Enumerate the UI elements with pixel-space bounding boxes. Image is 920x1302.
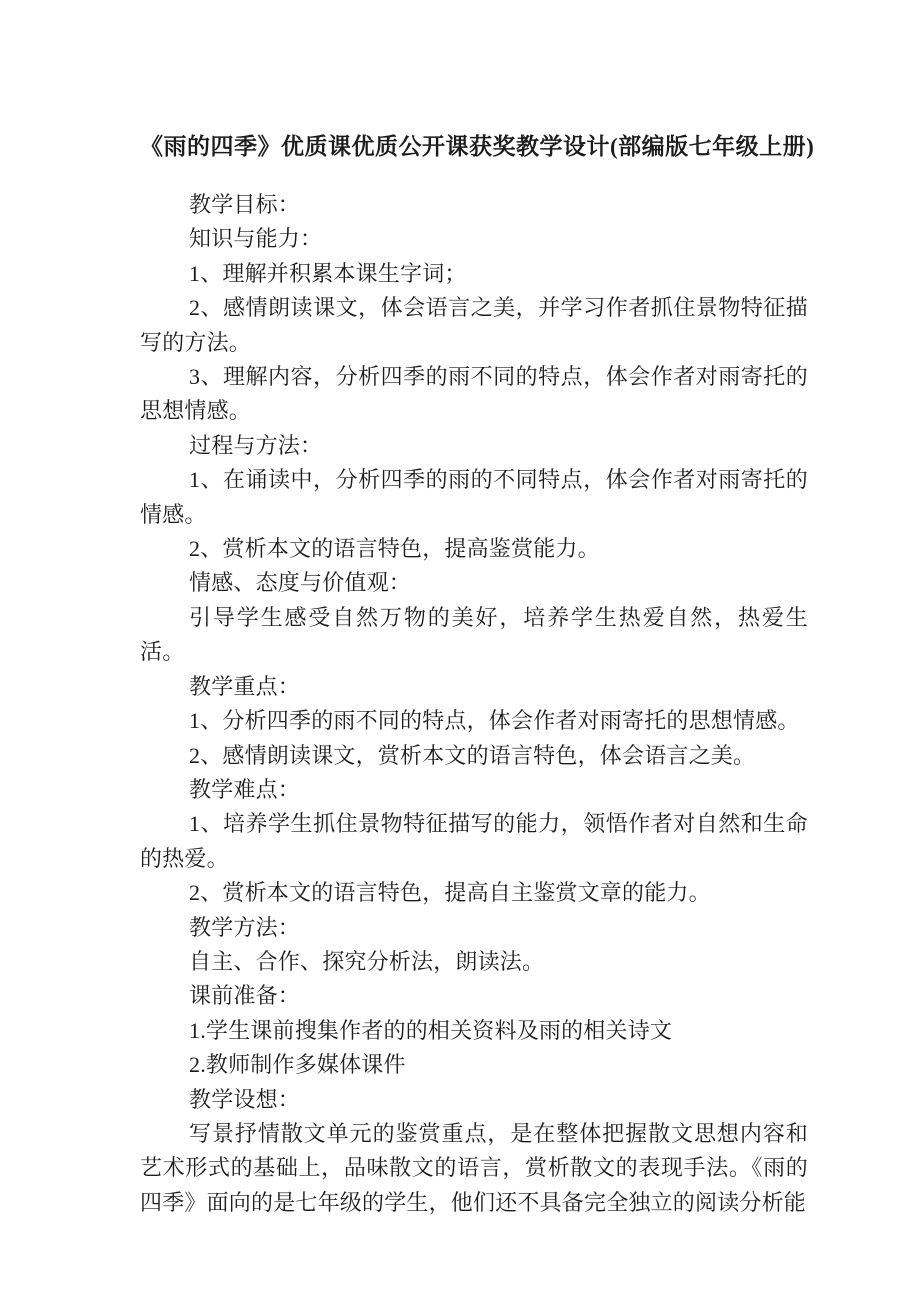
paragraph: 1、分析四季的雨不同的特点，体会作者对雨寄托的思想情感。 bbox=[140, 704, 808, 738]
paragraph: 2、感情朗读课文，体会语言之美，并学习作者抓住景物特征描写的方法。 bbox=[140, 291, 808, 360]
paragraph-teaching-focus-heading: 教学重点： bbox=[140, 670, 808, 704]
paragraph: 1.学生课前搜集作者的的相关资料及雨的相关诗文 bbox=[140, 1014, 808, 1048]
paragraph: 3、理解内容，分析四季的雨不同的特点，体会作者对雨寄托的思想情感。 bbox=[140, 360, 808, 429]
paragraph-teaching-idea-heading: 教学设想： bbox=[140, 1083, 808, 1117]
document-page: 《雨的四季》优质课优质公开课获奖教学设计(部编版七年级上册) 教学目标： 知识与… bbox=[0, 0, 920, 1302]
paragraph-knowledge-ability-heading: 知识与能力： bbox=[140, 222, 808, 256]
paragraph-emotion-values-heading: 情感、态度与价值观： bbox=[140, 566, 808, 600]
page-title: 《雨的四季》优质课优质公开课获奖教学设计(部编版七年级上册) bbox=[140, 129, 808, 165]
paragraph: 1、理解并积累本课生字词； bbox=[140, 257, 808, 291]
paragraph: 引导学生感受自然万物的美好，培养学生热爱自然，热爱生活。 bbox=[140, 601, 808, 670]
document-body: 教学目标： 知识与能力： 1、理解并积累本课生字词； 2、感情朗读课文，体会语言… bbox=[140, 188, 808, 1220]
paragraph: 2、赏析本文的语言特色，提高鉴赏能力。 bbox=[140, 532, 808, 566]
paragraph: 1、在诵读中，分析四季的雨的不同特点，体会作者对雨寄托的情感。 bbox=[140, 463, 808, 532]
paragraph-process-method-heading: 过程与方法： bbox=[140, 429, 808, 463]
paragraph-teaching-goals-heading: 教学目标： bbox=[140, 188, 808, 222]
paragraph-teaching-difficulty-heading: 教学难点： bbox=[140, 773, 808, 807]
paragraph: 2、赏析本文的语言特色，提高自主鉴赏文章的能力。 bbox=[140, 876, 808, 910]
paragraph-class-prep-heading: 课前准备： bbox=[140, 979, 808, 1013]
paragraph: 2、感情朗读课文，赏析本文的语言特色，体会语言之美。 bbox=[140, 739, 808, 773]
paragraph: 2.教师制作多媒体课件 bbox=[140, 1048, 808, 1082]
paragraph: 1、培养学生抓住景物特征描写的能力，领悟作者对自然和生命的热爱。 bbox=[140, 807, 808, 876]
paragraph: 自主、合作、探究分析法，朗读法。 bbox=[140, 945, 808, 979]
paragraph: 写景抒情散文单元的鉴赏重点，是在整体把握散文思想内容和艺术形式的基础上，品味散文… bbox=[140, 1117, 808, 1220]
paragraph-teaching-method-heading: 教学方法： bbox=[140, 911, 808, 945]
